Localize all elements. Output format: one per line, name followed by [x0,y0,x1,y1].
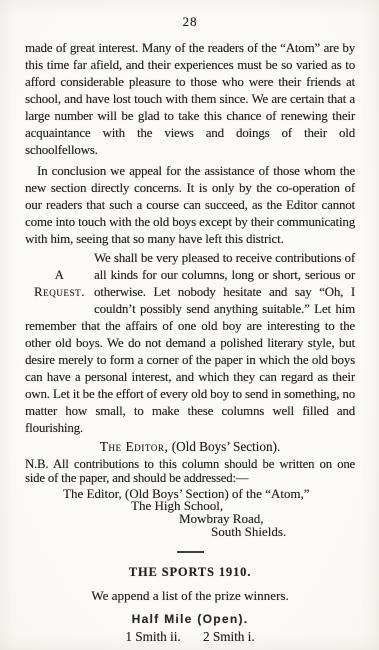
editor-signature-section: (Old Boys’ Section). [168,439,280,454]
sports-intro-line: We append a list of the prize winners. [25,588,355,604]
opening-paragraph: made of great interest. Many of the read… [25,40,355,159]
scanned-page: 28 made of great interest. Many of the r… [0,0,379,650]
event-results-line: 1 Smith ii. 2 Smith i. [25,629,355,645]
request-sidenote-line-request: Request. [25,284,94,301]
address-block: The Editor, (Old Boys’ Section) of the “… [25,488,355,539]
event-title-half-mile: Half Mile (Open). [25,612,355,626]
request-sidenote-line-a: A [25,267,94,284]
section-divider-rule [177,551,204,553]
result-second-place: 2 Smith i. [203,629,255,644]
conclusion-paragraph: In conclusion we appeal for the assistan… [25,163,355,248]
nb-note: N.B. All contributions to this column sh… [25,458,355,486]
request-paragraph: A Request. We shall be very pleased to r… [25,250,355,437]
request-sidenote: A Request. [25,250,94,318]
address-line-town: South Shields. [211,526,355,539]
editor-signature: The Editor, (Old Boys’ Section). [25,438,355,456]
page-number: 28 [25,14,355,30]
sports-section-heading: THE SPORTS 1910. [25,565,355,580]
editor-signature-name: The Editor, [100,439,169,454]
result-first-place: 1 Smith ii. [125,629,180,644]
